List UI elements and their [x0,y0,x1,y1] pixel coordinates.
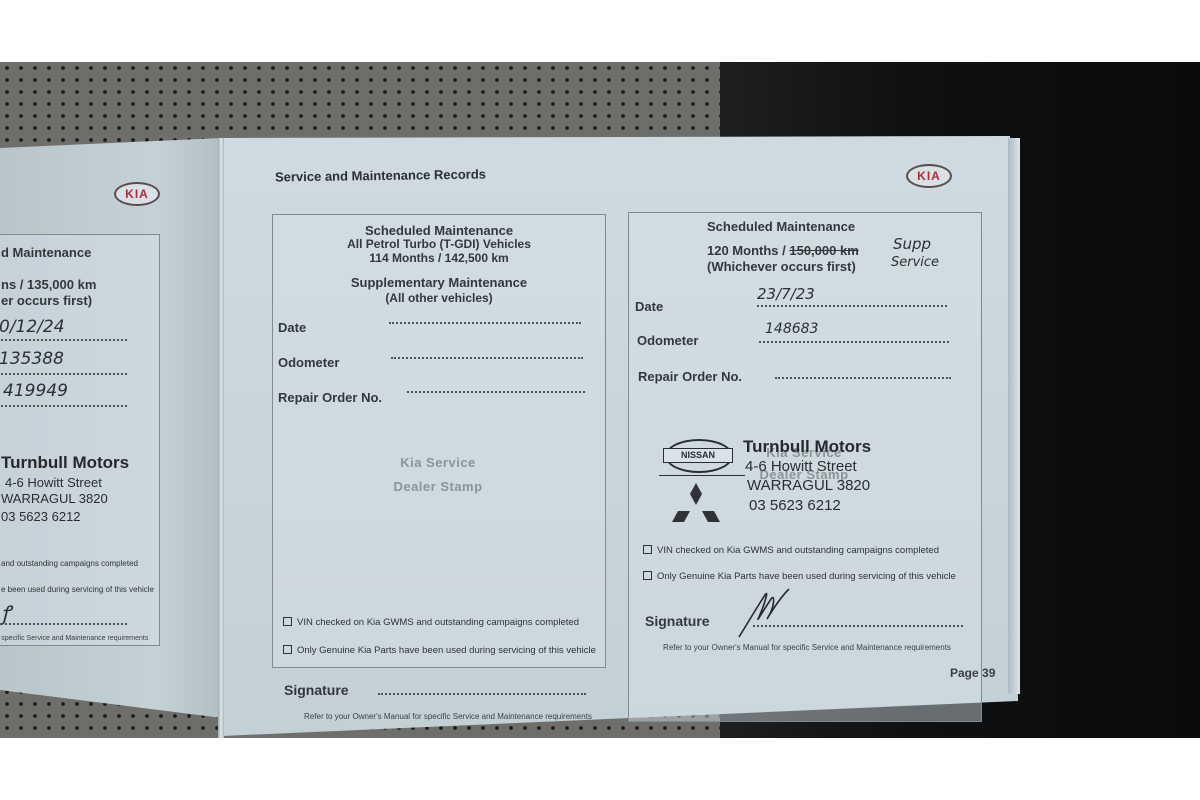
page-number: Page 39 [950,666,995,680]
left-check-parts: e been used during servicing of this veh… [1,585,154,594]
record-2-condition: (Whichever occurs first) [707,259,856,274]
record-1-check-vin[interactable]: VIN checked on Kia GWMS and outstanding … [283,617,579,628]
record-1-title: Scheduled Maintenance [273,223,605,238]
kia-logo-right: KIA [906,164,952,188]
record-1-subtitle-1: All Petrol Turbo (T-GDI) Vehicles [273,237,605,251]
left-repair-order-line [1,405,127,407]
left-record-condition: er occurs first) [1,293,92,308]
left-service-record: d Maintenance ns / 135,000 km er occurs … [0,234,160,646]
left-date-value: 0/12/24 [0,317,65,337]
record-1-signature-field[interactable] [378,693,586,695]
struck-km-limit: 150,000 km [789,243,858,258]
left-signature-line [1,623,127,625]
record-2-check-vin[interactable]: VIN checked on Kia GWMS and outstanding … [643,545,939,556]
kia-logo-left: KIA [114,182,160,206]
left-stamp-city: WARRAGUL 3820 [1,491,108,506]
record-2-interval: 120 Months / 150,000 km [707,243,859,258]
left-record-title: d Maintenance [1,245,91,260]
record-2-repair-order-label: Repair Order No. [638,369,742,384]
left-signature-scribble: ꝭ [1,599,10,626]
record-1-odometer-label: Odometer [278,355,339,370]
left-footer-note: r specific Service and Maintenance requi… [0,635,148,642]
stamp-divider [659,475,745,476]
record-1-supplementary-title: Supplementary Maintenance [273,275,605,290]
record-2-title: Scheduled Maintenance [707,219,855,234]
record-1-date-label: Date [278,320,306,335]
service-booklet: KIA d Maintenance ns / 135,000 km er occ… [0,62,1200,738]
record-2-stamp-city: WARRAGUL 3820 [747,477,870,494]
checkbox-icon[interactable] [283,617,292,626]
left-stamp-name: Turnbull Motors [1,453,129,473]
record-2-repair-order-field[interactable] [775,377,951,379]
left-odometer-value: 135388 [0,349,64,369]
nissan-logo-icon: NISSAN [665,439,733,473]
record-1-subtitle-2: 114 Months / 142,500 km [273,251,605,265]
record-1-signature-label: Signature [284,682,349,698]
mitsubishi-logo-icon [671,481,721,527]
record-1-stamp-placeholder-1: Kia Service [273,455,603,470]
record-2-signature-scribble [735,581,795,646]
left-date-line [1,339,127,341]
record-2-odometer-label: Odometer [637,333,698,348]
record-2-check-parts[interactable]: Only Genuine Kia Parts have been used du… [643,571,956,582]
record-1-check-parts[interactable]: Only Genuine Kia Parts have been used du… [283,645,596,656]
left-record-interval: ns / 135,000 km [1,277,96,292]
record-2-signature-label: Signature [645,613,710,629]
photo: KIA d Maintenance ns / 135,000 km er occ… [0,62,1200,738]
left-odometer-line [1,373,127,375]
record-1-footer-note: Refer to your Owner's Manual for specifi… [292,712,604,721]
left-check-vin: and outstanding campaigns completed [1,559,138,568]
checkbox-icon[interactable] [283,645,292,654]
service-record-2: Scheduled Maintenance 120 Months / 150,0… [628,212,982,722]
record-2-signature-field[interactable] [753,625,963,627]
record-1-date-field[interactable] [389,322,581,324]
left-stamp-street: 4-6 Howitt Street [5,475,102,490]
record-2-date-field[interactable] [757,305,947,307]
left-stamp-phone: 03 5623 6212 [1,509,81,524]
record-2-footer-note: Refer to your Owner's Manual for specifi… [637,643,977,652]
page-title: Service and Maintenance Records [275,167,486,185]
record-2-note-service: Service [891,255,939,270]
record-2-stamp-phone: 03 5623 6212 [749,497,841,514]
record-2-odometer-field[interactable] [759,341,949,343]
record-2-date-label: Date [635,299,663,314]
record-2-odometer-value: 148683 [765,321,818,337]
record-1-stamp-placeholder-2: Dealer Stamp [273,479,603,494]
checkbox-icon[interactable] [643,545,652,554]
booklet-spine [218,138,224,738]
checkbox-icon[interactable] [643,571,652,580]
record-2-stamp-name: Turnbull Motors [743,437,871,457]
record-2-note-supp: Supp [893,235,931,253]
record-1-odometer-field[interactable] [391,357,583,359]
record-2-date-value: 23/7/23 [757,285,815,303]
record-1-supplementary-subtitle: (All other vehicles) [273,291,605,305]
record-1-repair-order-field[interactable] [407,391,585,393]
record-1-repair-order-label: Repair Order No. [278,390,382,405]
left-repair-order-value: 419949 [3,381,68,401]
record-2-stamp-street: 4-6 Howitt Street [745,458,857,475]
page-edge [1008,138,1020,694]
service-record-1: Scheduled Maintenance All Petrol Turbo (… [272,214,606,668]
